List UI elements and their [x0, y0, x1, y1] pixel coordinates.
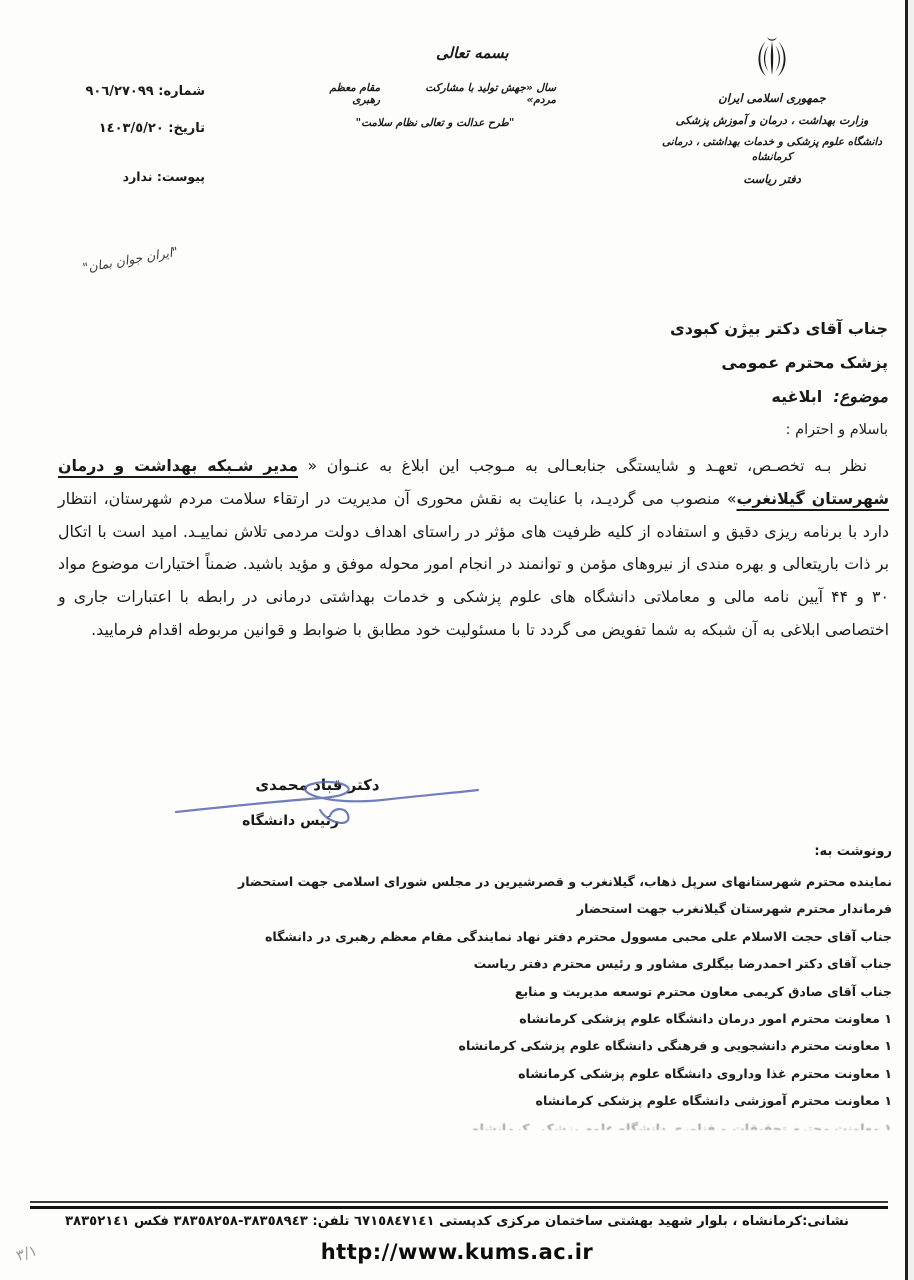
org-letterhead: جمهوری اسلامی ایران وزارت بهداشت ، درمان… [644, 34, 900, 187]
year-slogan-line: سال «جهش تولید با مشارکت مردم» مقام معظم… [300, 82, 556, 106]
org-university: دانشگاه علوم پزشکی و خدمات بهداشتی ، درم… [644, 135, 900, 165]
cc-item-faded: ۱ معاونت محترم تحقیقات و فناوری دانشگاه … [238, 1115, 892, 1130]
scan-edge-soft [908, 0, 914, 1280]
iran-emblem-icon [752, 34, 792, 84]
cc-item: جناب آقای صادق کریمی معاون محترم توسعه م… [238, 978, 892, 1005]
letter-attachment: پیوست: ندارد [70, 169, 205, 184]
body-text-2: » منصوب می گردیـد، با عنایت به نقش محوری… [58, 489, 889, 639]
cc-item: ۱ معاونت محترم دانشجویی و فرهنگی دانشگاه… [238, 1032, 892, 1059]
cc-item: جناب آقای حجت الاسلام علی محبی مسوول محت… [238, 923, 892, 950]
org-country: جمهوری اسلامی ایران [644, 91, 900, 106]
website-url: http://www.kums.ac.ir [0, 1240, 914, 1264]
subject-value: ابلاغیه [771, 387, 822, 406]
subject-label: موضوع: [833, 387, 888, 406]
letter-page: جمهوری اسلامی ایران وزارت بهداشت ، درمان… [0, 0, 914, 1280]
recipient-block: جناب آقای دکتر بیژن کبودی پزشک محترم عمو… [670, 312, 888, 446]
cc-item: ۱ معاونت محترم امور درمان دانشگاه علوم پ… [238, 1005, 892, 1032]
plan-slogan: "طرح عدالت و تعالی نظام سلامت" [340, 117, 530, 129]
org-ministry: وزارت بهداشت ، درمان و آموزش پزشکی [644, 113, 900, 128]
letter-number: شماره: ٩٠٦/٢٧٠٩٩ [70, 84, 205, 99]
letter-date: تاریخ: ١٤٠٣/٥/٢٠ [70, 121, 205, 136]
besmeleh: بسمه تعالی [436, 44, 509, 62]
iran-watermark-slogan: "ایران جوان بمان" [81, 244, 179, 276]
scan-edge-line [905, 0, 908, 1280]
cc-item: ۱ معاونت محترم غذا وداروی دانشگاه علوم پ… [238, 1060, 892, 1087]
subject-line: موضوع: ابلاغیه [670, 380, 888, 414]
cc-item: جناب آقای دکتر احمدرضا بیگلری مشاور و رئ… [238, 950, 892, 977]
cc-block: رونوشت به: نماینده محترم شهرستانهای سرپل… [238, 844, 892, 1130]
body-text-1: نظر بـه تخصـص، تعهـد و شایستگی جنابعـالی… [298, 456, 867, 475]
org-office: دفتر ریاست [644, 172, 900, 187]
cc-item: نماینده محترم شهرستانهای سرپل ذهاب، گیلا… [238, 868, 892, 895]
cc-item: ۱ معاونت محترم آموزشی دانشگاه علوم پزشکی… [238, 1087, 892, 1114]
year-slogan: سال «جهش تولید با مشارکت مردم» [396, 82, 556, 106]
footer-address: نشانی:کرمانشاه ، بلوار شهید بهشتی ساختما… [20, 1214, 894, 1229]
footer-rule-thick [30, 1206, 888, 1209]
recipient-name: جناب آقای دکتر بیژن کبودی [670, 312, 888, 346]
cc-item: فرماندار محترم شهرستان گیلانغرب جهت استح… [238, 895, 892, 922]
leader-attribution: مقام معظم رهبری [300, 82, 380, 106]
footer-rule-thin [30, 1201, 888, 1203]
salutation: باسلام و احترام : [670, 414, 888, 446]
body-paragraph: نظر بـه تخصـص، تعهـد و شایستگی جنابعـالی… [58, 450, 889, 647]
handwritten-signature [172, 768, 484, 848]
recipient-title: پزشک محترم عمومی [670, 346, 888, 380]
cc-label: رونوشت به: [238, 844, 892, 859]
